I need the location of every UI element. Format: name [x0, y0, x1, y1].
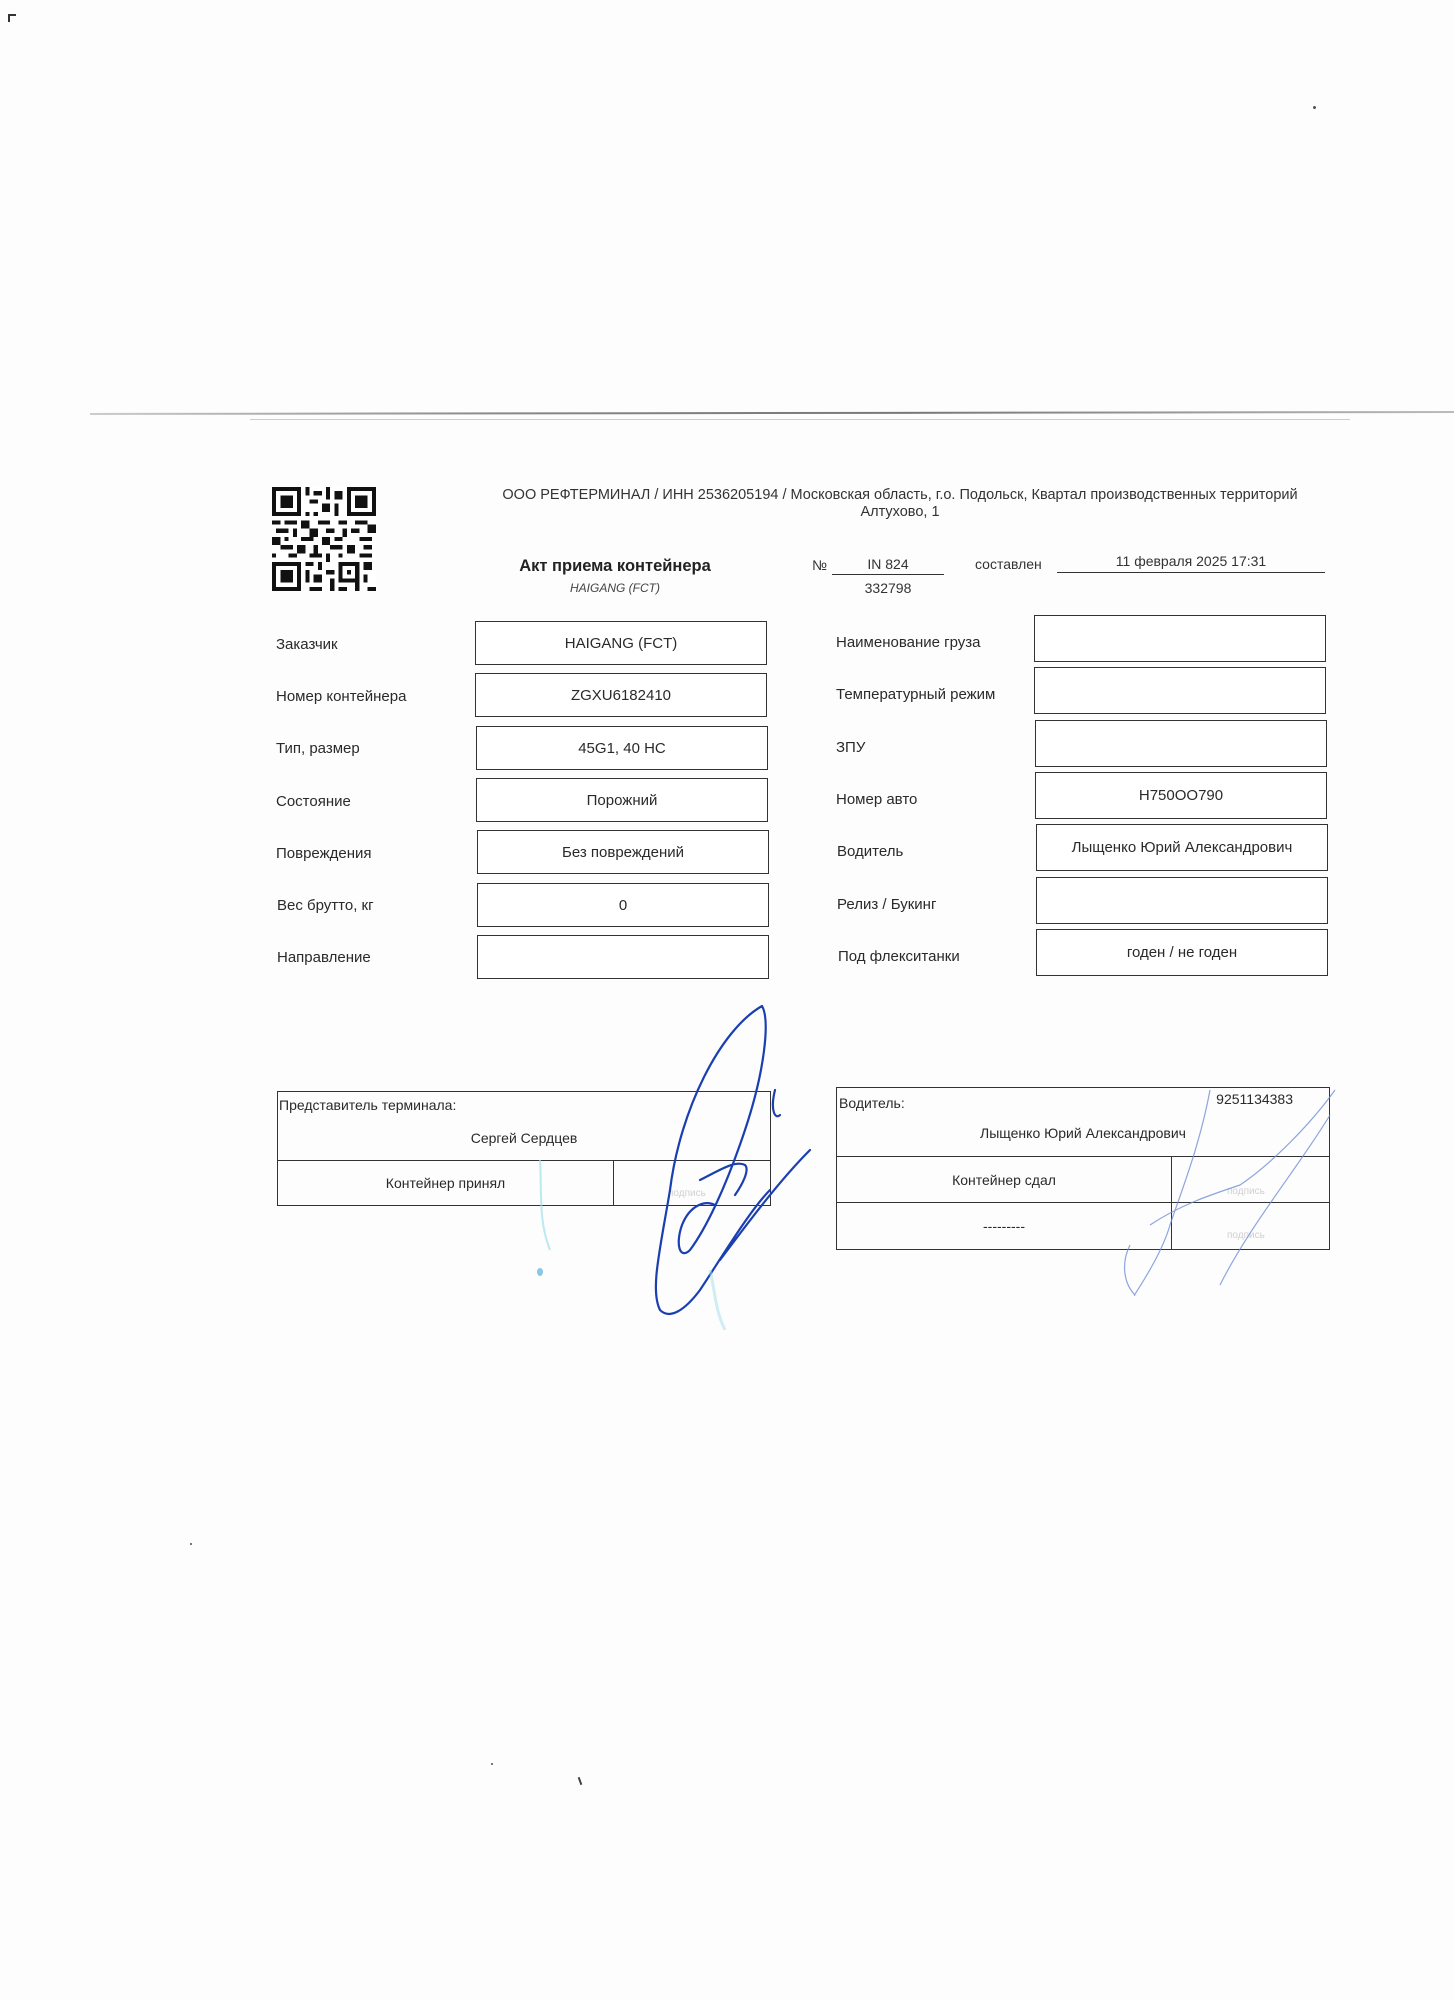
field-direction	[477, 935, 769, 979]
scan-corner-mark	[8, 14, 16, 22]
signature-placeholder-1: подпись	[1227, 1186, 1265, 1197]
document-number-sub: 332798	[832, 580, 944, 596]
number-label: №	[812, 557, 827, 573]
field-temperature	[1034, 667, 1326, 714]
driver-heading: Водитель:	[839, 1095, 905, 1111]
signature-placeholder: подпись	[668, 1188, 706, 1199]
field-vehicle-number: Н750ОО790	[1035, 772, 1327, 819]
document-subtitle: HAIGANG (FCT)	[490, 581, 740, 595]
document-number: IN 824	[832, 556, 944, 575]
fold-line-shadow	[250, 419, 1350, 420]
scan-speck	[491, 1763, 493, 1765]
terminal-heading: Представитель терминала:	[279, 1097, 456, 1113]
composed-label: составлен	[975, 556, 1042, 572]
driver-phone: 9251134383	[1216, 1091, 1293, 1107]
driver-block: Водитель: 9251134383 Лыщенко Юрий Алекса…	[836, 1087, 1330, 1250]
field-driver: Лыщенко Юрий Александрович	[1036, 824, 1328, 871]
document-title: Акт приема контейнера	[490, 557, 740, 576]
terminal-representative-block: Представитель терминала: Сергей Сердцев …	[277, 1091, 771, 1206]
field-label-gross-weight: Вес брутто, кг	[277, 897, 374, 914]
composed-date: 11 февраля 2025 17:31	[1057, 553, 1325, 573]
field-label-cargo-name: Наименование груза	[836, 634, 981, 651]
field-condition: Порожний	[476, 778, 768, 822]
field-damage: Без повреждений	[477, 830, 769, 874]
field-label-driver: Водитель	[837, 843, 903, 860]
field-label-damage: Повреждения	[276, 845, 372, 862]
container-handed-over-label: Контейнер сдал	[837, 1156, 1172, 1203]
driver-name: Лыщенко Юрий Александрович	[837, 1125, 1329, 1141]
field-type-size: 45G1, 40 HC	[476, 726, 768, 770]
scan-speck	[1313, 106, 1316, 109]
scan-speck	[578, 1777, 583, 1785]
field-label-condition: Состояние	[276, 793, 351, 810]
field-container-number: ZGXU6182410	[475, 673, 767, 717]
field-cargo-name	[1034, 615, 1326, 662]
field-label-type-size: Тип, размер	[276, 740, 360, 757]
terminal-representative-name: Сергей Сердцев	[278, 1130, 770, 1146]
field-gross-weight: 0	[477, 883, 769, 927]
field-label-vehicle-number: Номер авто	[836, 791, 917, 808]
scan-speck	[190, 1543, 192, 1545]
driver-second-row: ---------	[837, 1202, 1172, 1249]
field-flexitank: годен / не годен	[1036, 929, 1328, 976]
field-seal	[1035, 720, 1327, 767]
signature-placeholder-2: подпись	[1227, 1230, 1265, 1241]
field-label-temperature: Температурный режим	[836, 686, 995, 703]
field-label-container-number: Номер контейнера	[276, 688, 406, 705]
field-label-customer: Заказчик	[276, 636, 338, 653]
field-label-seal: ЗПУ	[836, 739, 865, 756]
field-label-direction: Направление	[277, 949, 371, 966]
field-label-release-booking: Релиз / Букинг	[837, 896, 936, 913]
field-label-flexitank: Под флекситанки	[838, 948, 960, 965]
container-accepted-label: Контейнер принял	[278, 1160, 614, 1205]
organization-line-1: ООО РЕФТЕРМИНАЛ / ИНН 2536205194 / Моско…	[470, 487, 1330, 504]
field-customer: HAIGANG (FCT)	[475, 621, 767, 665]
organization-line-2: Алтухово, 1	[470, 504, 1330, 521]
organization-header: ООО РЕФТЕРМИНАЛ / ИНН 2536205194 / Моско…	[470, 487, 1330, 521]
qr-code-icon	[272, 487, 376, 591]
fold-line	[90, 411, 1454, 415]
field-release-booking	[1036, 877, 1328, 924]
